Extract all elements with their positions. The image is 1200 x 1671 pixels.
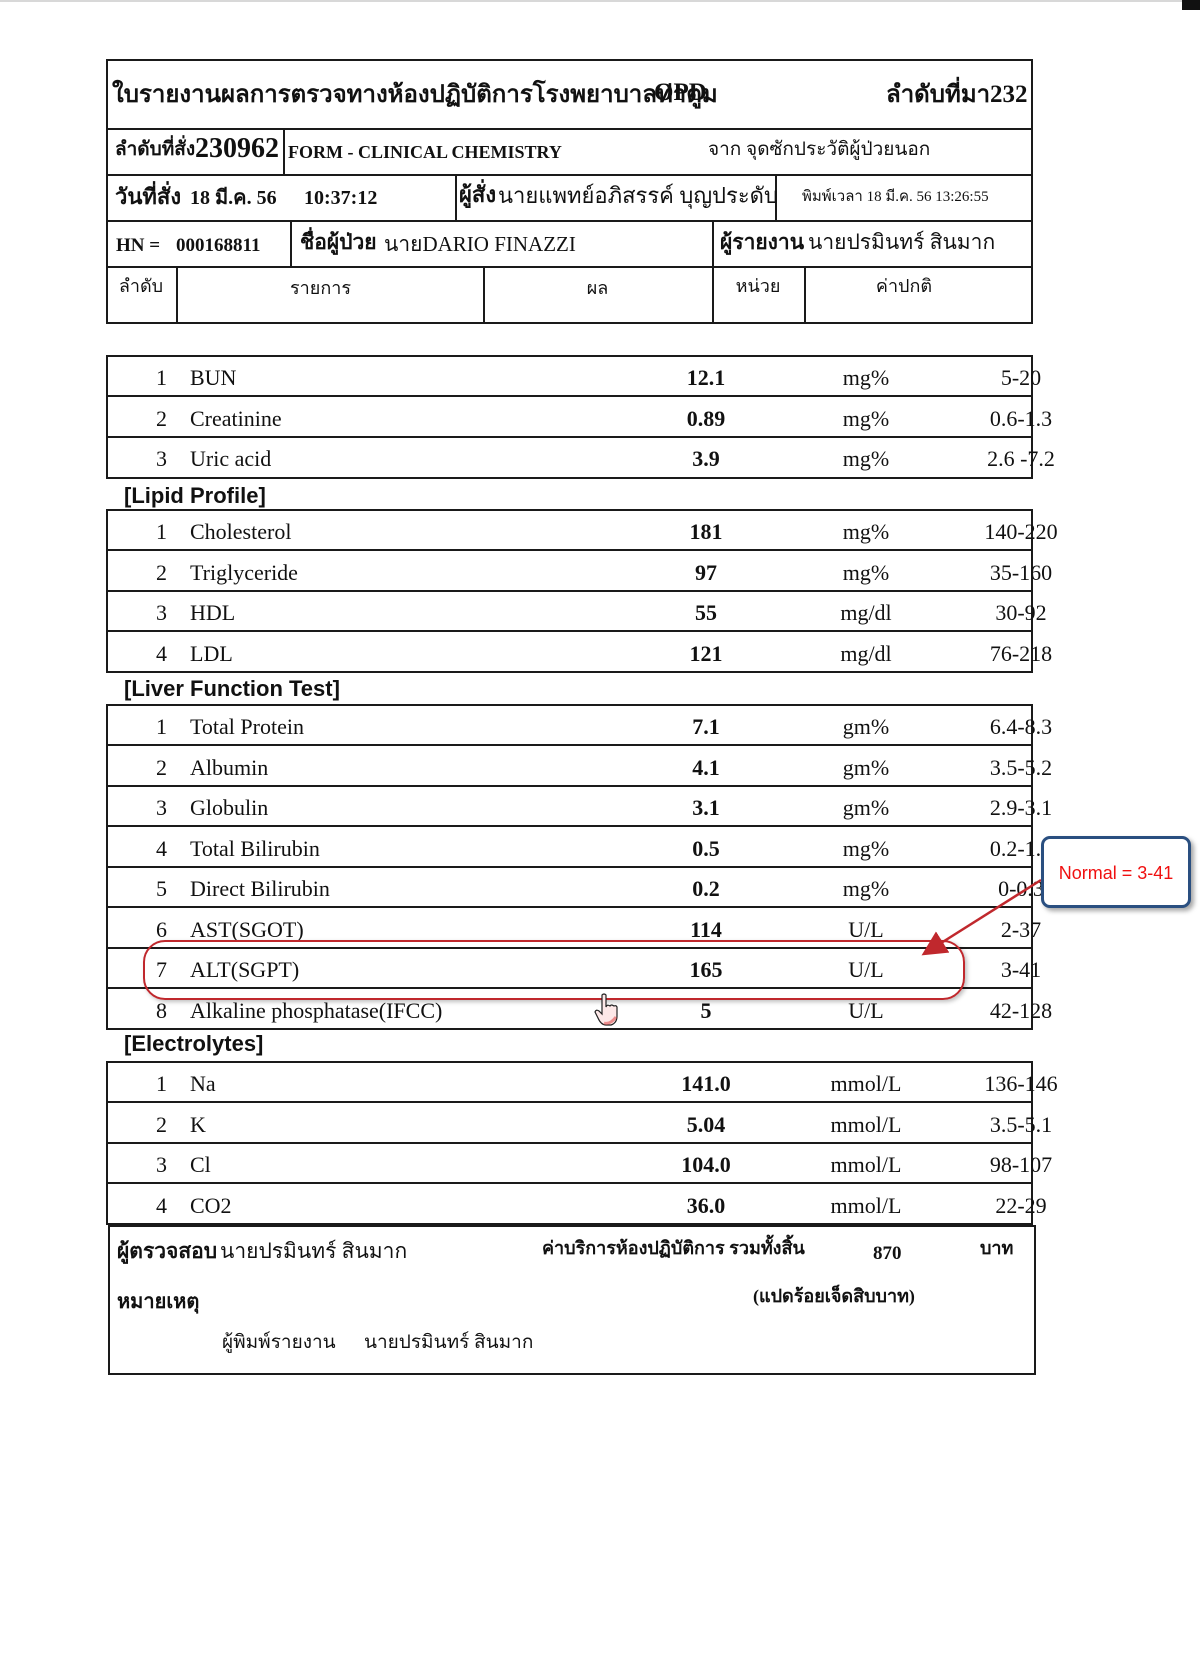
department: OPD bbox=[654, 80, 707, 105]
divider bbox=[283, 128, 285, 174]
row-number: 2 bbox=[156, 560, 167, 586]
divider bbox=[106, 266, 1033, 268]
table-row: 3HDL55mg/dl30-92 bbox=[106, 590, 1033, 630]
test-name: Total Protein bbox=[190, 714, 304, 740]
test-name: Albumin bbox=[190, 755, 268, 781]
normal-range: 2.6 -7.2 bbox=[916, 446, 1126, 472]
divider bbox=[106, 220, 1033, 222]
alt-highlight-outline bbox=[143, 940, 965, 1000]
fee-label: ค่าบริการห้องปฏิบัติการ รวมทั้งสิ้น bbox=[542, 1239, 805, 1257]
order-label: ลำดับที่สั่ง bbox=[115, 140, 195, 159]
report-title: ใบรายงานผลการตรวจทางห้องปฏิบัติการโรงพยา… bbox=[112, 83, 718, 107]
test-result: 5.04 bbox=[626, 1112, 786, 1138]
printer-label: ผู้พิมพ์รายงาน bbox=[222, 1333, 336, 1352]
section-heading: [Electrolytes] bbox=[124, 1031, 263, 1057]
table-row: 4LDL121mg/dl76-218 bbox=[106, 631, 1033, 671]
test-result: 121 bbox=[626, 641, 786, 667]
row-number: 2 bbox=[156, 406, 167, 432]
arrival-label: ลำดับที่มา bbox=[886, 83, 990, 107]
table-row: 4CO236.0mmol/L22-29 bbox=[106, 1183, 1033, 1223]
printer-name: นายปรมินทร์ สินมาก bbox=[364, 1333, 533, 1352]
order-time: 10:37:12 bbox=[304, 188, 377, 208]
column-header-unit: หน่วย bbox=[712, 277, 804, 295]
test-name: Cholesterol bbox=[190, 519, 291, 545]
test-name: Cl bbox=[190, 1152, 211, 1178]
test-result: 0.2 bbox=[626, 876, 786, 902]
test-result: 55 bbox=[626, 600, 786, 626]
section-heading: [Liver Function Test] bbox=[124, 676, 340, 702]
divider bbox=[106, 174, 1033, 176]
table-row: 1Cholesterol181mg%140-220 bbox=[106, 509, 1033, 549]
normal-range: 3.5-5.1 bbox=[916, 1112, 1126, 1138]
divider bbox=[455, 174, 457, 220]
test-result: 181 bbox=[626, 519, 786, 545]
normal-range: 6.4-8.3 bbox=[916, 714, 1126, 740]
table-row: 2K5.04mmol/L3.5-5.1 bbox=[106, 1102, 1033, 1142]
test-name: Alkaline phosphatase(IFCC) bbox=[190, 998, 442, 1024]
row-number: 1 bbox=[156, 365, 167, 391]
divider bbox=[712, 220, 714, 266]
source-location: จาก จุดซักประวัติผู้ป่วยนอก bbox=[708, 140, 930, 159]
normal-range: 3.5-5.2 bbox=[916, 755, 1126, 781]
reporter-name: นายปรมินทร์ สินมาก bbox=[808, 232, 995, 253]
test-result: 114 bbox=[626, 917, 786, 943]
print-time: พิมพ์เวลา 18 มี.ค. 56 13:26:55 bbox=[802, 190, 989, 205]
test-name: Direct Bilirubin bbox=[190, 876, 330, 902]
fee-currency: บาท bbox=[980, 1239, 1013, 1257]
fee-amount: 870 bbox=[873, 1244, 902, 1263]
normal-range: 2.9-3.1 bbox=[916, 795, 1126, 821]
order-number: 230962 bbox=[195, 135, 279, 163]
row-number: 3 bbox=[156, 1152, 167, 1178]
order-date-label: วันที่สั่ง bbox=[115, 186, 181, 208]
table-row: 3Uric acid3.9mg%2.6 -7.2 bbox=[106, 436, 1033, 476]
row-number: 1 bbox=[156, 1071, 167, 1097]
test-result: 3.1 bbox=[626, 795, 786, 821]
test-name: AST(SGOT) bbox=[190, 917, 304, 943]
test-name: CO2 bbox=[190, 1193, 232, 1219]
hand-cursor-icon bbox=[594, 993, 620, 1027]
normal-range: 35-160 bbox=[916, 560, 1126, 586]
orderer-name: นายแพทย์อภิสรรค์ บุญประดับ bbox=[498, 185, 778, 207]
normal-range: 42-128 bbox=[916, 998, 1126, 1024]
test-result: 36.0 bbox=[626, 1193, 786, 1219]
row-number: 5 bbox=[156, 876, 167, 902]
normal-range: 22-29 bbox=[916, 1193, 1126, 1219]
normal-range: 5-20 bbox=[916, 365, 1126, 391]
table-row: 1Na141.0mmol/L136-146 bbox=[106, 1061, 1033, 1101]
test-result: 97 bbox=[626, 560, 786, 586]
test-name: Total Bilirubin bbox=[190, 836, 320, 862]
test-name: Globulin bbox=[190, 795, 268, 821]
normal-range: 98-107 bbox=[916, 1152, 1126, 1178]
test-result: 141.0 bbox=[626, 1071, 786, 1097]
row-number: 6 bbox=[156, 917, 167, 943]
hn-label: HN = bbox=[116, 236, 160, 255]
checker-label: ผู้ตรวจสอบ bbox=[117, 1241, 217, 1262]
remark-label: หมายเหตุ bbox=[117, 1292, 199, 1312]
normal-range: 30-92 bbox=[916, 600, 1126, 626]
row-number: 3 bbox=[156, 446, 167, 472]
reporter-label: ผู้รายงาน bbox=[720, 232, 804, 253]
test-result: 12.1 bbox=[626, 365, 786, 391]
callout-text: Normal = 3-41 bbox=[1044, 863, 1188, 884]
test-name: Uric acid bbox=[190, 446, 271, 472]
table-row: 1Total Protein7.1gm%6.4-8.3 bbox=[106, 704, 1033, 744]
test-name: HDL bbox=[190, 600, 235, 626]
normal-range: 2-37 bbox=[916, 917, 1126, 943]
test-name: Na bbox=[190, 1071, 216, 1097]
test-result: 0.89 bbox=[626, 406, 786, 432]
orderer-label: ผู้สั่ง bbox=[459, 184, 496, 206]
test-result: 0.5 bbox=[626, 836, 786, 862]
fee-in-words: (แปดร้อยเจ็ดสิบบาท) bbox=[753, 1287, 915, 1305]
patient-label: ชื่อผู้ป่วย bbox=[300, 232, 377, 253]
column-header-item: รายการ bbox=[176, 279, 465, 297]
test-name: Triglyceride bbox=[190, 560, 298, 586]
table-row: 3Cl104.0mmol/L98-107 bbox=[106, 1142, 1033, 1182]
table-row: 4Total Bilirubin0.5mg%0.2-1.2 bbox=[106, 826, 1033, 866]
row-number: 1 bbox=[156, 714, 167, 740]
column-header-result: ผล bbox=[483, 279, 712, 297]
table-row: 2Albumin4.1gm%3.5-5.2 bbox=[106, 745, 1033, 785]
scan-top-edge bbox=[0, 0, 1182, 2]
table-row: 5Direct Bilirubin0.2mg%0-0.3 bbox=[106, 866, 1033, 906]
form-name: FORM - CLINICAL CHEMISTRY bbox=[288, 143, 562, 161]
row-number: 2 bbox=[156, 755, 167, 781]
row-number: 4 bbox=[156, 641, 167, 667]
section-heading: [Lipid Profile] bbox=[124, 483, 266, 509]
normal-range: 76-218 bbox=[916, 641, 1126, 667]
row-number: 3 bbox=[156, 600, 167, 626]
row-number: 1 bbox=[156, 519, 167, 545]
table-row: 3Globulin3.1gm%2.9-3.1 bbox=[106, 785, 1033, 825]
test-result: 5 bbox=[626, 998, 786, 1024]
checker-name: นายปรมินทร์ สินมาก bbox=[220, 1241, 407, 1262]
normal-range-callout: Normal = 3-41 bbox=[1041, 836, 1191, 908]
test-result: 7.1 bbox=[626, 714, 786, 740]
table-row: 1BUN12.1mg%5-20 bbox=[106, 355, 1033, 395]
row-number: 8 bbox=[156, 998, 167, 1024]
scan-corner-mark bbox=[1182, 0, 1200, 10]
test-result: 104.0 bbox=[626, 1152, 786, 1178]
row-number: 2 bbox=[156, 1112, 167, 1138]
divider bbox=[290, 220, 292, 266]
test-name: Creatinine bbox=[190, 406, 282, 432]
table-row: 2Triglyceride97mg%35-160 bbox=[106, 550, 1033, 590]
test-name: BUN bbox=[190, 365, 236, 391]
test-name: LDL bbox=[190, 641, 233, 667]
table-row: 2Creatinine0.89mg%0.6-1.3 bbox=[106, 396, 1033, 436]
column-header-normal: ค่าปกติ bbox=[804, 277, 1004, 295]
normal-range: 0.6-1.3 bbox=[916, 406, 1126, 432]
test-result: 4.1 bbox=[626, 755, 786, 781]
row-number: 3 bbox=[156, 795, 167, 821]
divider bbox=[106, 128, 1033, 130]
column-header-no: ลำดับ bbox=[106, 277, 176, 295]
test-name: K bbox=[190, 1112, 206, 1138]
test-result: 3.9 bbox=[626, 446, 786, 472]
hn-number: 000168811 bbox=[176, 236, 260, 255]
normal-range: 140-220 bbox=[916, 519, 1126, 545]
row-number: 4 bbox=[156, 836, 167, 862]
order-date: 18 มี.ค. 56 bbox=[190, 188, 277, 208]
normal-range: 136-146 bbox=[916, 1071, 1126, 1097]
row-number: 4 bbox=[156, 1193, 167, 1219]
arrival-number: 232 bbox=[990, 82, 1028, 107]
patient-name: นายDARIO FINAZZI bbox=[384, 234, 576, 255]
